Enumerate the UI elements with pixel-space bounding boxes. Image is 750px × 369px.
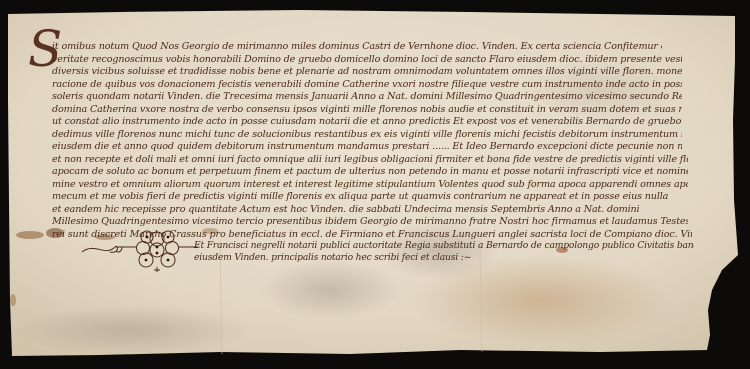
- notary-subscription-line-1: Et Francisci negrelli notarii publici au…: [194, 240, 694, 251]
- text-line-3: diversis vicibus soluisse et tradidisse …: [52, 66, 682, 78]
- text-line-5: soleris quondam notarii Vinden. die Trec…: [52, 91, 682, 103]
- text-line-14: et eandem hic recepisse pro quantitate A…: [52, 204, 688, 216]
- text-line-2: veritate recognoscimus vobis honorabili …: [52, 54, 682, 66]
- notary-subscription-line-2: eiusdem Vinden. principalis notario hec …: [194, 252, 471, 263]
- text-line-1: it omibus notum Quod Nos Georgio de miri…: [52, 41, 662, 53]
- text-line-7: ut constat alio instrumento inde acto in…: [52, 116, 682, 128]
- text-line-10: et non recepte et doli mali et omni iuri…: [52, 154, 688, 166]
- text-line-13: mecum et me vobis fieri de predictis vig…: [52, 191, 688, 203]
- text-line-4: racione de quibus vos donacionem fecisti…: [52, 79, 682, 91]
- text-line-11: apocam de soluto ac bonum et perpetuum f…: [52, 166, 688, 178]
- text-line-9: eiusdem die et anno quod quidem debitoru…: [52, 141, 682, 153]
- text-line-8: dedimus ville florenos nunc michi tunc d…: [52, 129, 682, 141]
- text-line-12: mine vestro et omnium aliorum quorum int…: [52, 179, 688, 191]
- text-line-6: domina Catherina vxore nostra de verbo c…: [52, 104, 682, 116]
- notary-signum-icon: [80, 222, 200, 272]
- parchment-document: S it omibus notum Quod Nos Georgio de mi…: [0, 0, 750, 369]
